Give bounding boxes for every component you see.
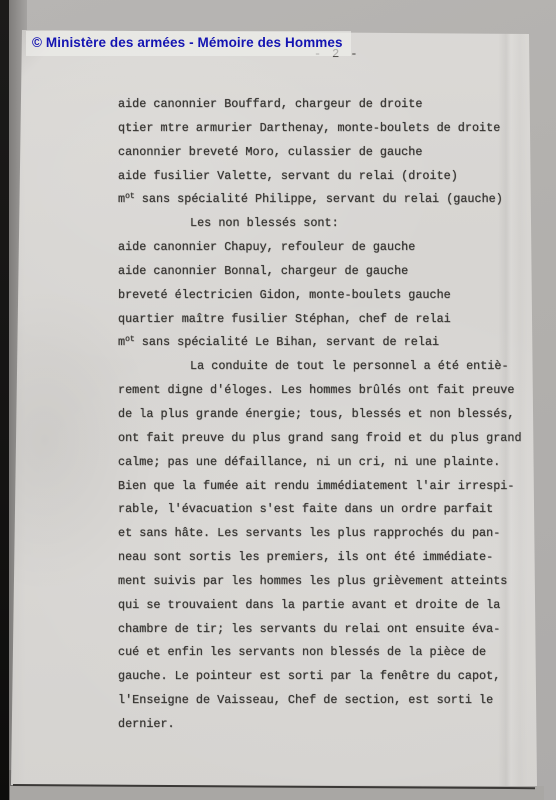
text-line: rement digne d'éloges. Les hommes brûlés… <box>118 383 538 407</box>
text-line: cué et enfin les servants non blessés de… <box>118 645 538 669</box>
text-line: qtier mtre armurier Darthenay, monte-bou… <box>118 121 538 145</box>
text-line: canonnier breveté Moro, culassier de gau… <box>118 145 538 169</box>
text-line: aide canonnier Bouffard, chargeur de dro… <box>118 97 538 121</box>
text-line: gauche. Le pointeur est sorti par la fen… <box>118 669 538 693</box>
text-line: rable, l'évacuation s'est faite dans un … <box>118 502 538 526</box>
text-line: calme; pas une défaillance, ni un cri, n… <box>118 455 538 479</box>
text-line: ont fait preuve du plus grand sang froid… <box>118 431 538 455</box>
text-line: mot sans spécialité Le Bihan, servant de… <box>118 335 538 359</box>
line-text: sans spécialité Philippe, servant du rel… <box>135 192 503 206</box>
text-line: ment suivis par les hommes les plus griè… <box>118 574 538 598</box>
superscript: ot <box>125 192 135 201</box>
text-line: breveté électricien Gidon, monte-boulets… <box>118 288 538 312</box>
superscript: ot <box>125 335 135 344</box>
text-line: La conduite de tout le personnel a été e… <box>118 359 538 383</box>
scanned-document-view: - 2 - aide canonnier Bouffard, chargeur … <box>0 0 556 800</box>
text-line: aide canonnier Bonnal, chargeur de gauch… <box>118 264 538 288</box>
text-line: chambre de tir; les servants du relai on… <box>118 622 538 646</box>
text-line: neau sont sortis les premiers, ils ont é… <box>118 550 538 574</box>
text-line: et sans hâte. Les servants les plus rapp… <box>118 526 538 550</box>
text-line: l'Enseigne de Vaisseau, Chef de section,… <box>118 693 538 717</box>
text-line: quartier maître fusilier Stéphan, chef d… <box>118 312 538 336</box>
text-line: de la plus grande énergie; tous, blessés… <box>118 407 538 431</box>
text-line: dernier. <box>118 717 538 741</box>
text-line: Bien que la fumée ait rendu immédiatemen… <box>118 479 538 503</box>
line-text: sans spécialité Le Bihan, servant de rel… <box>135 335 439 349</box>
document-body: aide canonnier Bouffard, chargeur de dro… <box>118 97 538 741</box>
watermark-text: © Ministère des armées - Mémoire des Hom… <box>32 35 343 50</box>
text-line: Les non blessés sont: <box>118 216 538 240</box>
paper-sheet: - 2 - aide canonnier Bouffard, chargeur … <box>0 0 556 800</box>
watermark: © Ministère des armées - Mémoire des Hom… <box>26 31 351 56</box>
text-line: aide canonnier Chapuy, refouleur de gauc… <box>118 240 538 264</box>
scan-left-edge <box>0 0 9 800</box>
text-line: mot sans spécialité Philippe, servant du… <box>118 192 538 216</box>
text-line: qui se trouvaient dans la partie avant e… <box>118 598 538 622</box>
text-line: aide fusilier Valette, servant du relai … <box>118 169 538 193</box>
